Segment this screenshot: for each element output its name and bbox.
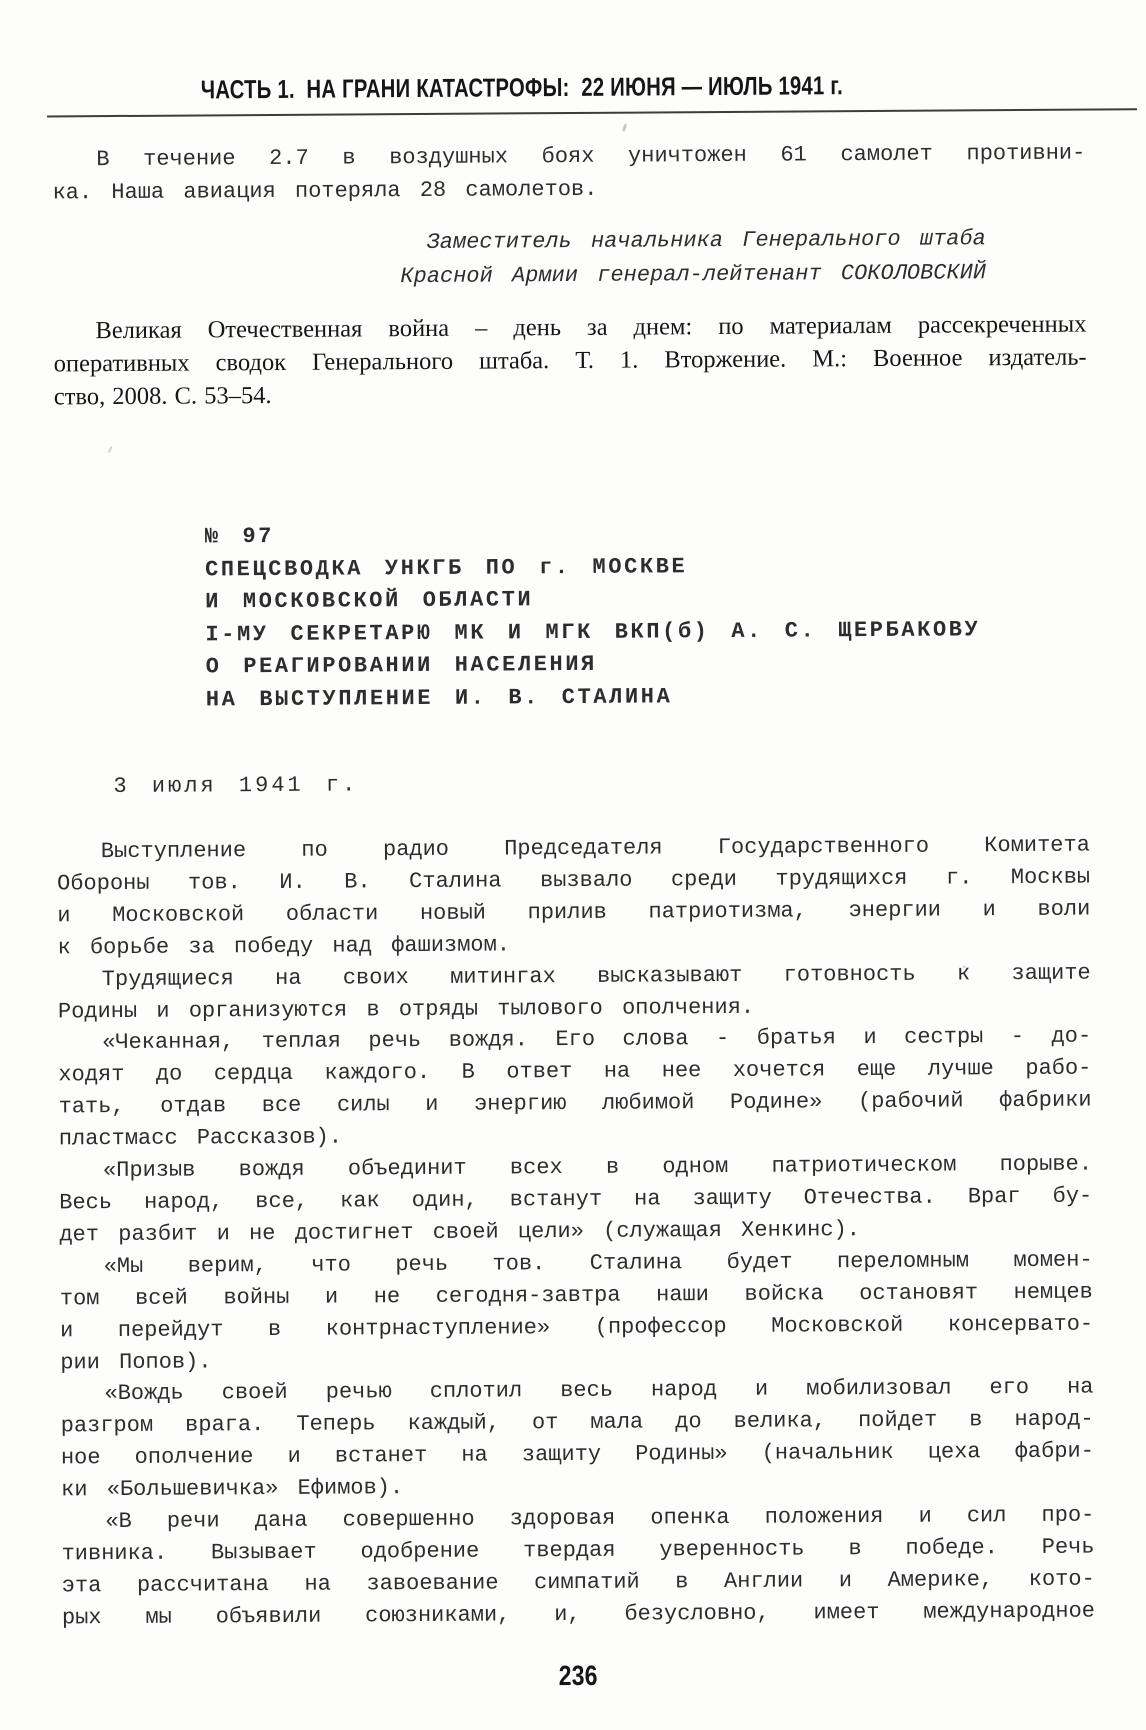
text-line: ство, 2008. С. 53–54. (54, 374, 1087, 414)
text-line: рых мы объявили союзниками, и, безусловн… (62, 1595, 1095, 1634)
paragraph: Трудящиеся на своих митингах высказывают… (58, 957, 1091, 1028)
paragraph: «Мы верим, что речь тов. Сталина будет п… (60, 1244, 1094, 1378)
document-body: Выступление по радио Председателя Госуда… (57, 830, 1095, 1634)
signature-block: Заместитель начальника Генерального штаб… (53, 222, 1086, 297)
text-line: НА ВЫСТУПЛЕНИЕ И. В. СТАЛИНА (206, 678, 1066, 716)
book-page: ЧАСТЬ 1. НА ГРАНИ КАТАСТРОФЫ: 22 ИЮНЯ — … (0, 0, 1146, 1730)
scan-speck (108, 446, 113, 453)
page-number: 236 (5, 1656, 1146, 1696)
scanned-content: ЧАСТЬ 1. НА ГРАНИ КАТАСТРОФЫ: 22 ИЮНЯ — … (0, 0, 1146, 1730)
paragraph: «Призыв вождя объединит всех в одном пат… (59, 1149, 1093, 1252)
text-line: и Московской области новый прилив патрио… (57, 893, 1090, 932)
running-header-text: ЧАСТЬ 1. НА ГРАНИ КАТАСТРОФЫ: 22 ИЮНЯ — … (201, 70, 843, 105)
text-line: I-МУ СЕКРЕТАРЮ МК И МГК ВКП(б) А. С. ЩЕР… (205, 613, 1065, 651)
running-header: ЧАСТЬ 1. НА ГРАНИ КАТАСТРОФЫ: 22 ИЮНЯ — … (201, 69, 1024, 105)
text-line: Трудящиеся на своих митингах высказывают… (58, 957, 1091, 996)
paragraph: «В речи дана совершенно здоровая опенка … (61, 1500, 1095, 1634)
scan-speck (622, 123, 627, 132)
operational-report-excerpt: В течение 2.7 в воздушных боях уничтожен… (52, 137, 1085, 210)
text-line: ка. Наша авиация потеряла 28 самолетов. (52, 170, 1085, 210)
text-line: оперативных сводок Генерального штаба. Т… (54, 341, 1087, 381)
bibliographic-reference: Великая Отечественная война – день за дн… (53, 308, 1087, 414)
paragraph: «Вождь своей речью сплотил весь народ и … (60, 1372, 1094, 1506)
document-heading: № 97СПЕЦСВОДКА УНКГБ ПО г. МОСКВЕИ МОСКО… (205, 516, 1066, 717)
header-rule (47, 108, 1137, 117)
text-line: Красной Армии генерал-лейтенант СОКОЛОВС… (53, 256, 1086, 297)
document-date: 3 июля 1941 г. (113, 772, 358, 799)
page-number-text: 236 (559, 1660, 598, 1692)
paragraph: «Чеканная, теплая речь вождя. Его слова … (58, 1021, 1092, 1155)
paragraph: Выступление по радио Председателя Госуда… (57, 830, 1091, 964)
scan-speck (963, 965, 966, 968)
text-line: В течение 2.7 в воздушных боях уничтожен… (52, 137, 1085, 177)
